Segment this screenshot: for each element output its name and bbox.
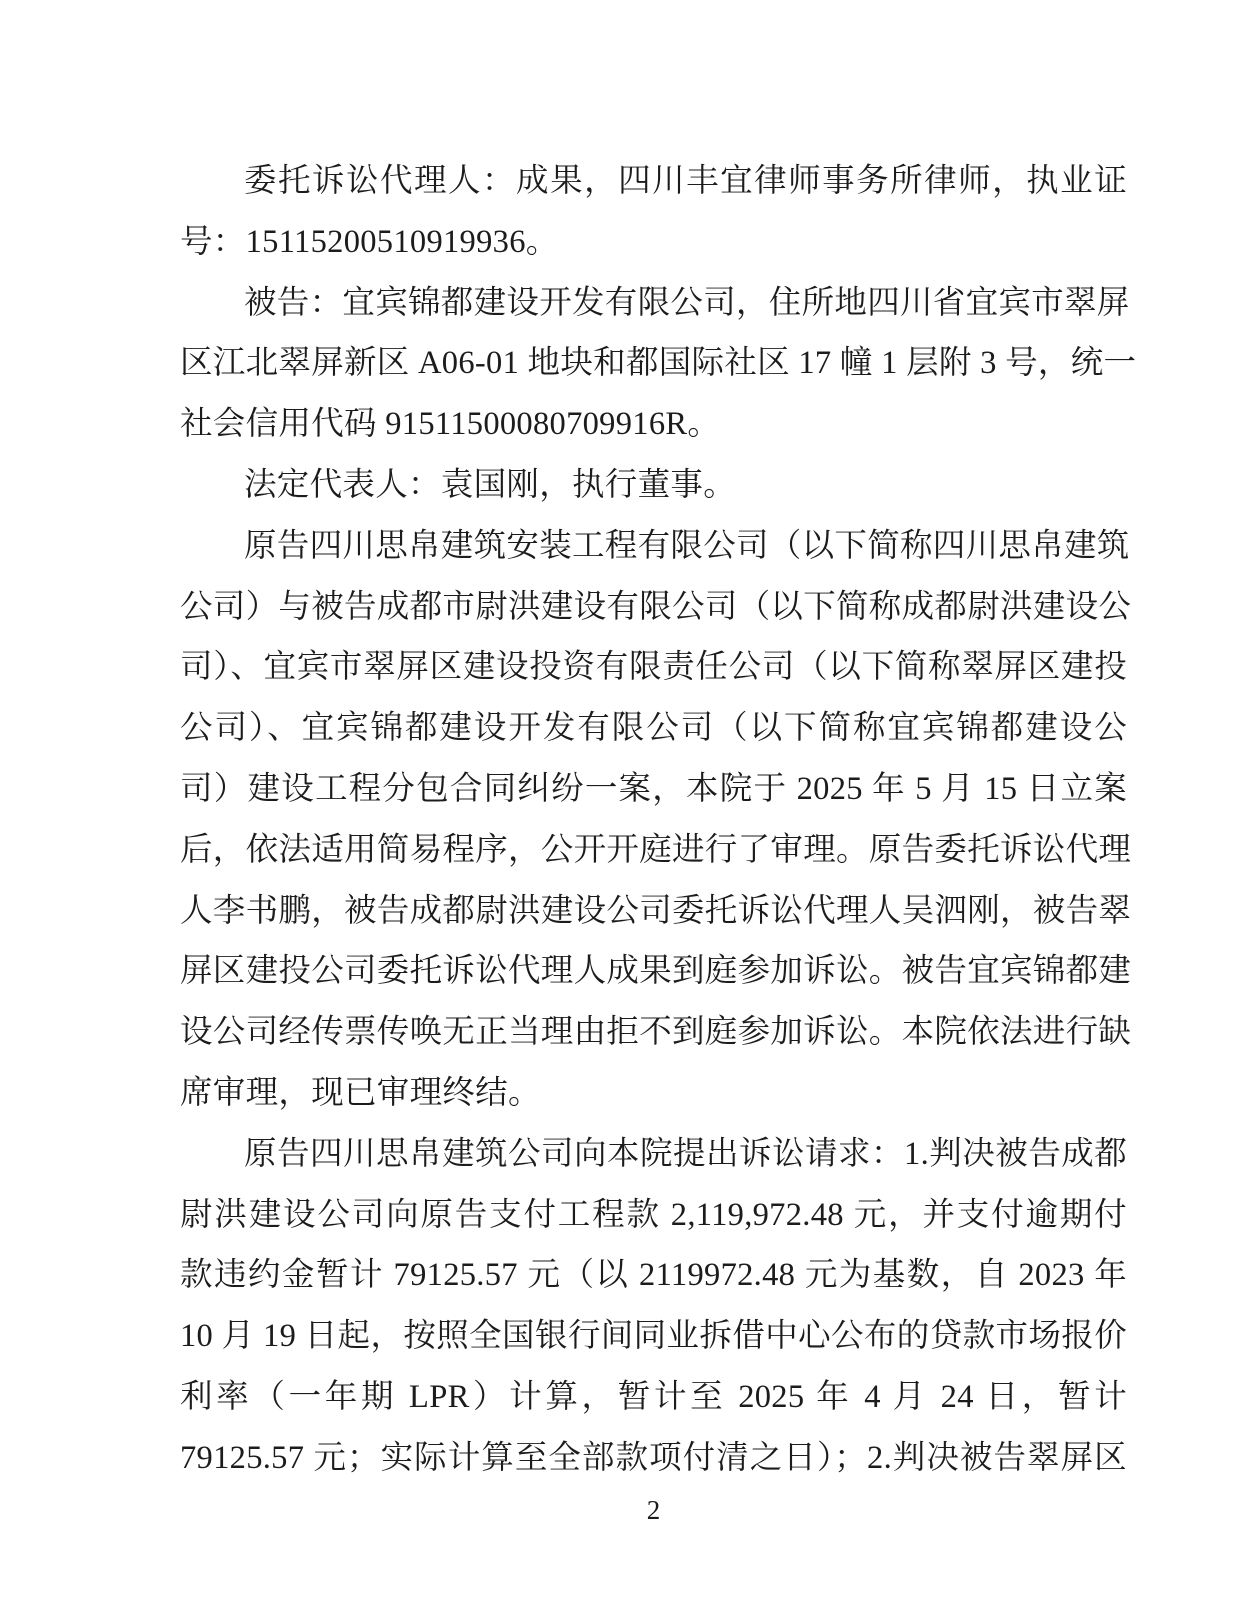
- text-line: 公司）与被告成都市尉洪建设有限公司（以下简称成都尉洪建设公: [180, 577, 1127, 638]
- document-page: 委托诉讼代理人：成果，四川丰宜律师事务所律师，执业证号：151152005109…: [0, 0, 1236, 1600]
- text-line: 原告四川思帛建筑安装工程有限公司（以下简称四川思帛建筑: [180, 516, 1127, 577]
- text-line: 委托诉讼代理人：成果，四川丰宜律师事务所律师，执业证: [180, 151, 1127, 212]
- text-line: 号：15115200510919936。: [180, 212, 1127, 273]
- text-line: 区江北翠屏新区 A06-01 地块和都国际社区 17 幢 1 层附 3 号，统一: [180, 333, 1127, 394]
- text-line: 被告：宜宾锦都建设开发有限公司，住所地四川省宜宾市翠屏: [180, 273, 1127, 334]
- text-line: 后，依法适用简易程序，公开开庭进行了审理。原告委托诉讼代理: [180, 820, 1127, 881]
- document-body: 委托诉讼代理人：成果，四川丰宜律师事务所律师，执业证号：151152005109…: [180, 151, 1127, 1489]
- text-line: 10 月 19 日起，按照全国银行间同业拆借中心公布的贷款市场报价: [180, 1306, 1127, 1367]
- text-line: 司）建设工程分包合同纠纷一案，本院于 2025 年 5 月 15 日立案: [180, 759, 1127, 820]
- text-line: 款违约金暂计 79125.57 元（以 2119972.48 元为基数，自 20…: [180, 1245, 1127, 1306]
- text-line: 法定代表人：袁国刚，执行董事。: [180, 455, 1127, 516]
- text-line: 屏区建投公司委托诉讼代理人成果到庭参加诉讼。被告宜宾锦都建: [180, 941, 1127, 1002]
- text-line: 设公司经传票传唤无正当理由拒不到庭参加诉讼。本院依法进行缺: [180, 1002, 1127, 1063]
- text-line: 原告四川思帛建筑公司向本院提出诉讼请求：1.判决被告成都: [180, 1124, 1127, 1185]
- text-line: 公司）、宜宾锦都建设开发有限公司（以下简称宜宾锦都建设公: [180, 698, 1127, 759]
- text-line: 79125.57 元；实际计算至全部款项付清之日）；2.判决被告翠屏区: [180, 1428, 1127, 1489]
- text-line: 社会信用代码 91511500080709916R。: [180, 394, 1127, 455]
- text-line: 人李书鹏，被告成都尉洪建设公司委托诉讼代理人吴泗刚，被告翠: [180, 881, 1127, 942]
- page-number: 2: [180, 1492, 1127, 1528]
- text-line: 司）、宜宾市翠屏区建设投资有限责任公司（以下简称翠屏区建投: [180, 637, 1127, 698]
- text-line: 利率（一年期 LPR）计算，暂计至 2025 年 4 月 24 日，暂计: [180, 1367, 1127, 1428]
- text-line: 尉洪建设公司向原告支付工程款 2,119,972.48 元，并支付逾期付: [180, 1185, 1127, 1246]
- text-line: 席审理，现已审理终结。: [180, 1063, 1127, 1124]
